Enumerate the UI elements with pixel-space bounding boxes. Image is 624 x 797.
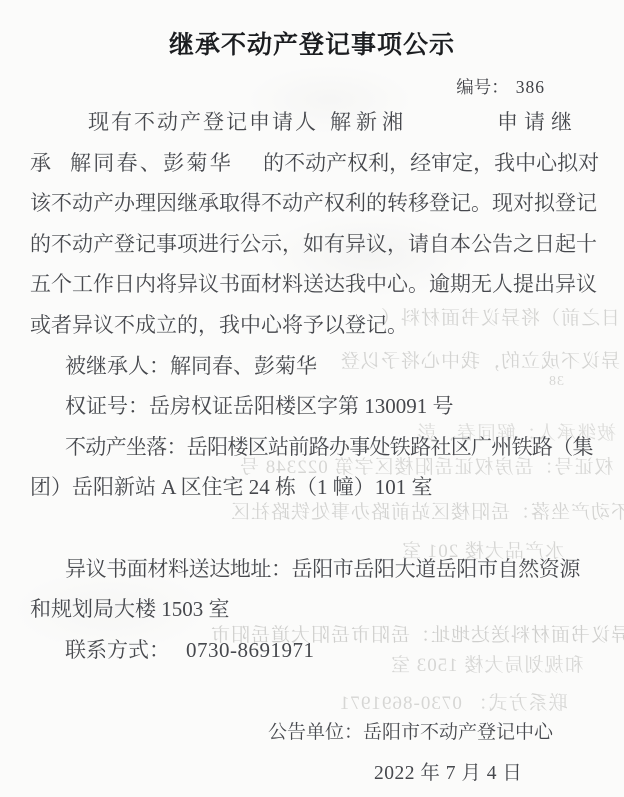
scanned-notice-page: 日之前）将异议书面材料（ 异议不成立的，我中心将予以登 38 被继承人：解同春、… [0,0,624,797]
para-line-2-head: 承 [30,151,51,175]
para-line-3: 该不动产办理因继承取得不动产权利的转移登记。现对拟登记 [30,183,595,224]
issue-date-text: 2022 年 7 月 4 日 [374,763,522,784]
notice-body: 现有不动产登记申请人解新湘申请继 承解同春、彭菊华的不动产权利，经审定，我中心拟… [30,102,595,792]
para-line-5: 五个工作日内将异议书面材料送达我中心。逾期无人提出异议 [30,264,595,305]
property-location-line-2: 团）岳阳新站 A 区住宅 24 栋（1 幢）101 室 [30,467,595,508]
para-line-6: 或者异议不成立的，我中心将予以登记。 [30,305,595,346]
applicant-name: 解新湘 [330,110,408,134]
para-line-4: 的不动产登记事项进行公示，如有异议，请自本公告之日起十 [30,224,595,265]
page-title: 继承不动产登记事项公示 [0,25,624,61]
issue-date-line: 2022 年 7 月 4 日 [30,752,595,793]
contact-line: 联系方式：0730-8691971 [30,630,595,671]
para-line-2-tail: 的不动产权利，经审定，我中心拟对 [263,151,599,175]
decedent-line: 被继承人：解同春、彭菊华 [30,346,595,387]
issuing-unit-text: 公告单位：岳阳市不动产登记中心 [268,722,553,743]
issuing-unit-line: 公告单位：岳阳市不动产登记中心 [30,711,595,752]
para-line-1: 现有不动产登记申请人解新湘申请继 [30,102,595,143]
para-line-1-tail: 申请继 [497,110,578,134]
decedent-names-inline: 解同春、彭菊华 [70,151,233,175]
contact-label: 联系方式： [65,638,170,662]
contact-phone-number: 0730-8691971 [186,638,315,662]
doc-number-label: 编号： [456,77,509,97]
doc-number: 编号：386 [456,74,545,99]
property-location-line-1: 不动产坐落：岳阳楼区站前路办事处铁路社区广州铁路（集 [30,427,595,468]
applicant-intro-text: 现有不动产登记申请人 [88,110,318,134]
objection-address-line-2: 和规划局大楼 1503 室 [30,589,595,630]
para-line-2: 承解同春、彭菊华的不动产权利，经审定，我中心拟对 [30,143,595,184]
doc-number-value: 386 [516,77,545,97]
spacer [30,508,595,549]
spacer [30,670,595,711]
objection-address-line-1: 异议书面材料送达地址：岳阳市岳阳大道岳阳市自然资源 [30,549,595,590]
certificate-number-line: 权证号：岳房权证岳阳楼区字第 130091 号 [30,386,595,427]
